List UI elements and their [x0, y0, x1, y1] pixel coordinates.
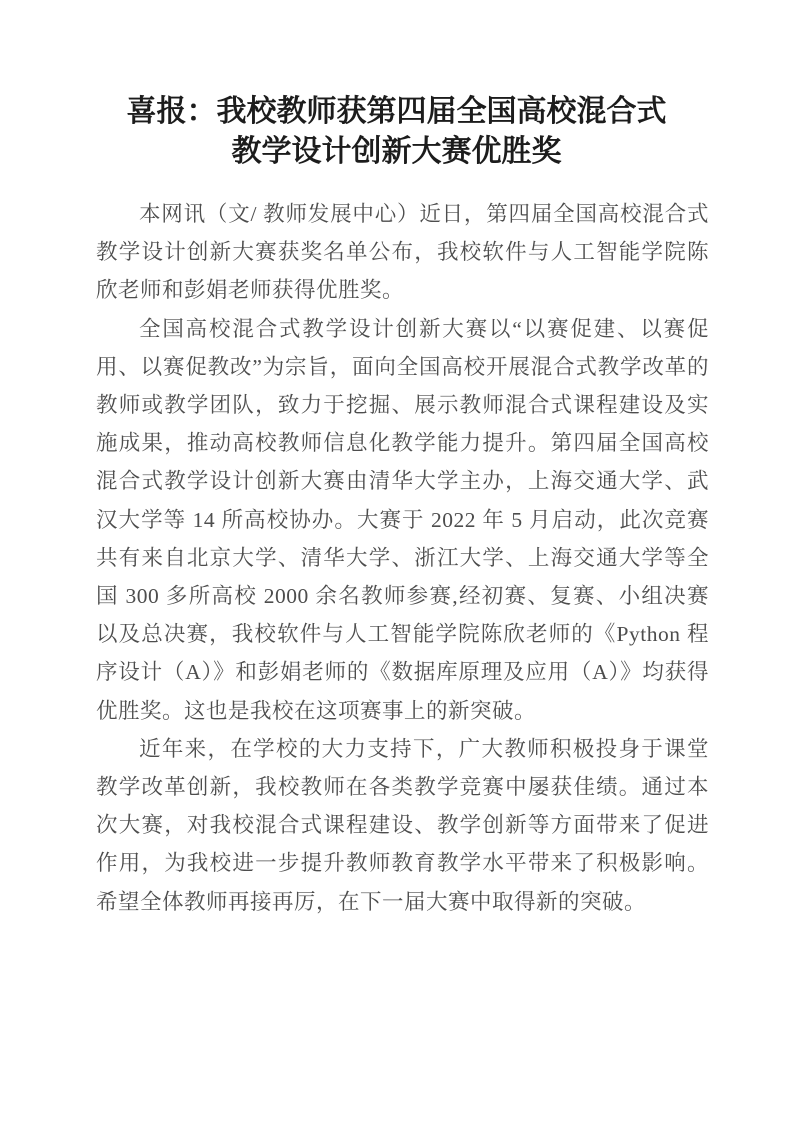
paragraph-conclusion: 近年来，在学校的大力支持下，广大教师积极投身于课堂教学改革创新，我校教师在各类教…: [96, 730, 709, 921]
document-title: 喜报：我校教师获第四届全国高校混合式 教学设计创新大赛优胜奖: [0, 0, 793, 172]
document-body: 本网讯（文/ 教师发展中心）近日，第四届全国高校混合式教学设计创新大赛获奖名单公…: [96, 195, 709, 921]
document-page: 喜报：我校教师获第四届全国高校混合式 教学设计创新大赛优胜奖 本网讯（文/ 教师…: [0, 0, 793, 1122]
title-line-2: 教学设计创新大赛优胜奖: [40, 132, 753, 172]
paragraph-intro: 本网讯（文/ 教师发展中心）近日，第四届全国高校混合式教学设计创新大赛获奖名单公…: [96, 195, 709, 310]
title-line-1: 喜报：我校教师获第四届全国高校混合式: [40, 92, 753, 132]
paragraph-competition-details: 全国高校混合式教学设计创新大赛以“以赛促建、以赛促用、以赛促教改”为宗旨，面向全…: [96, 310, 709, 730]
